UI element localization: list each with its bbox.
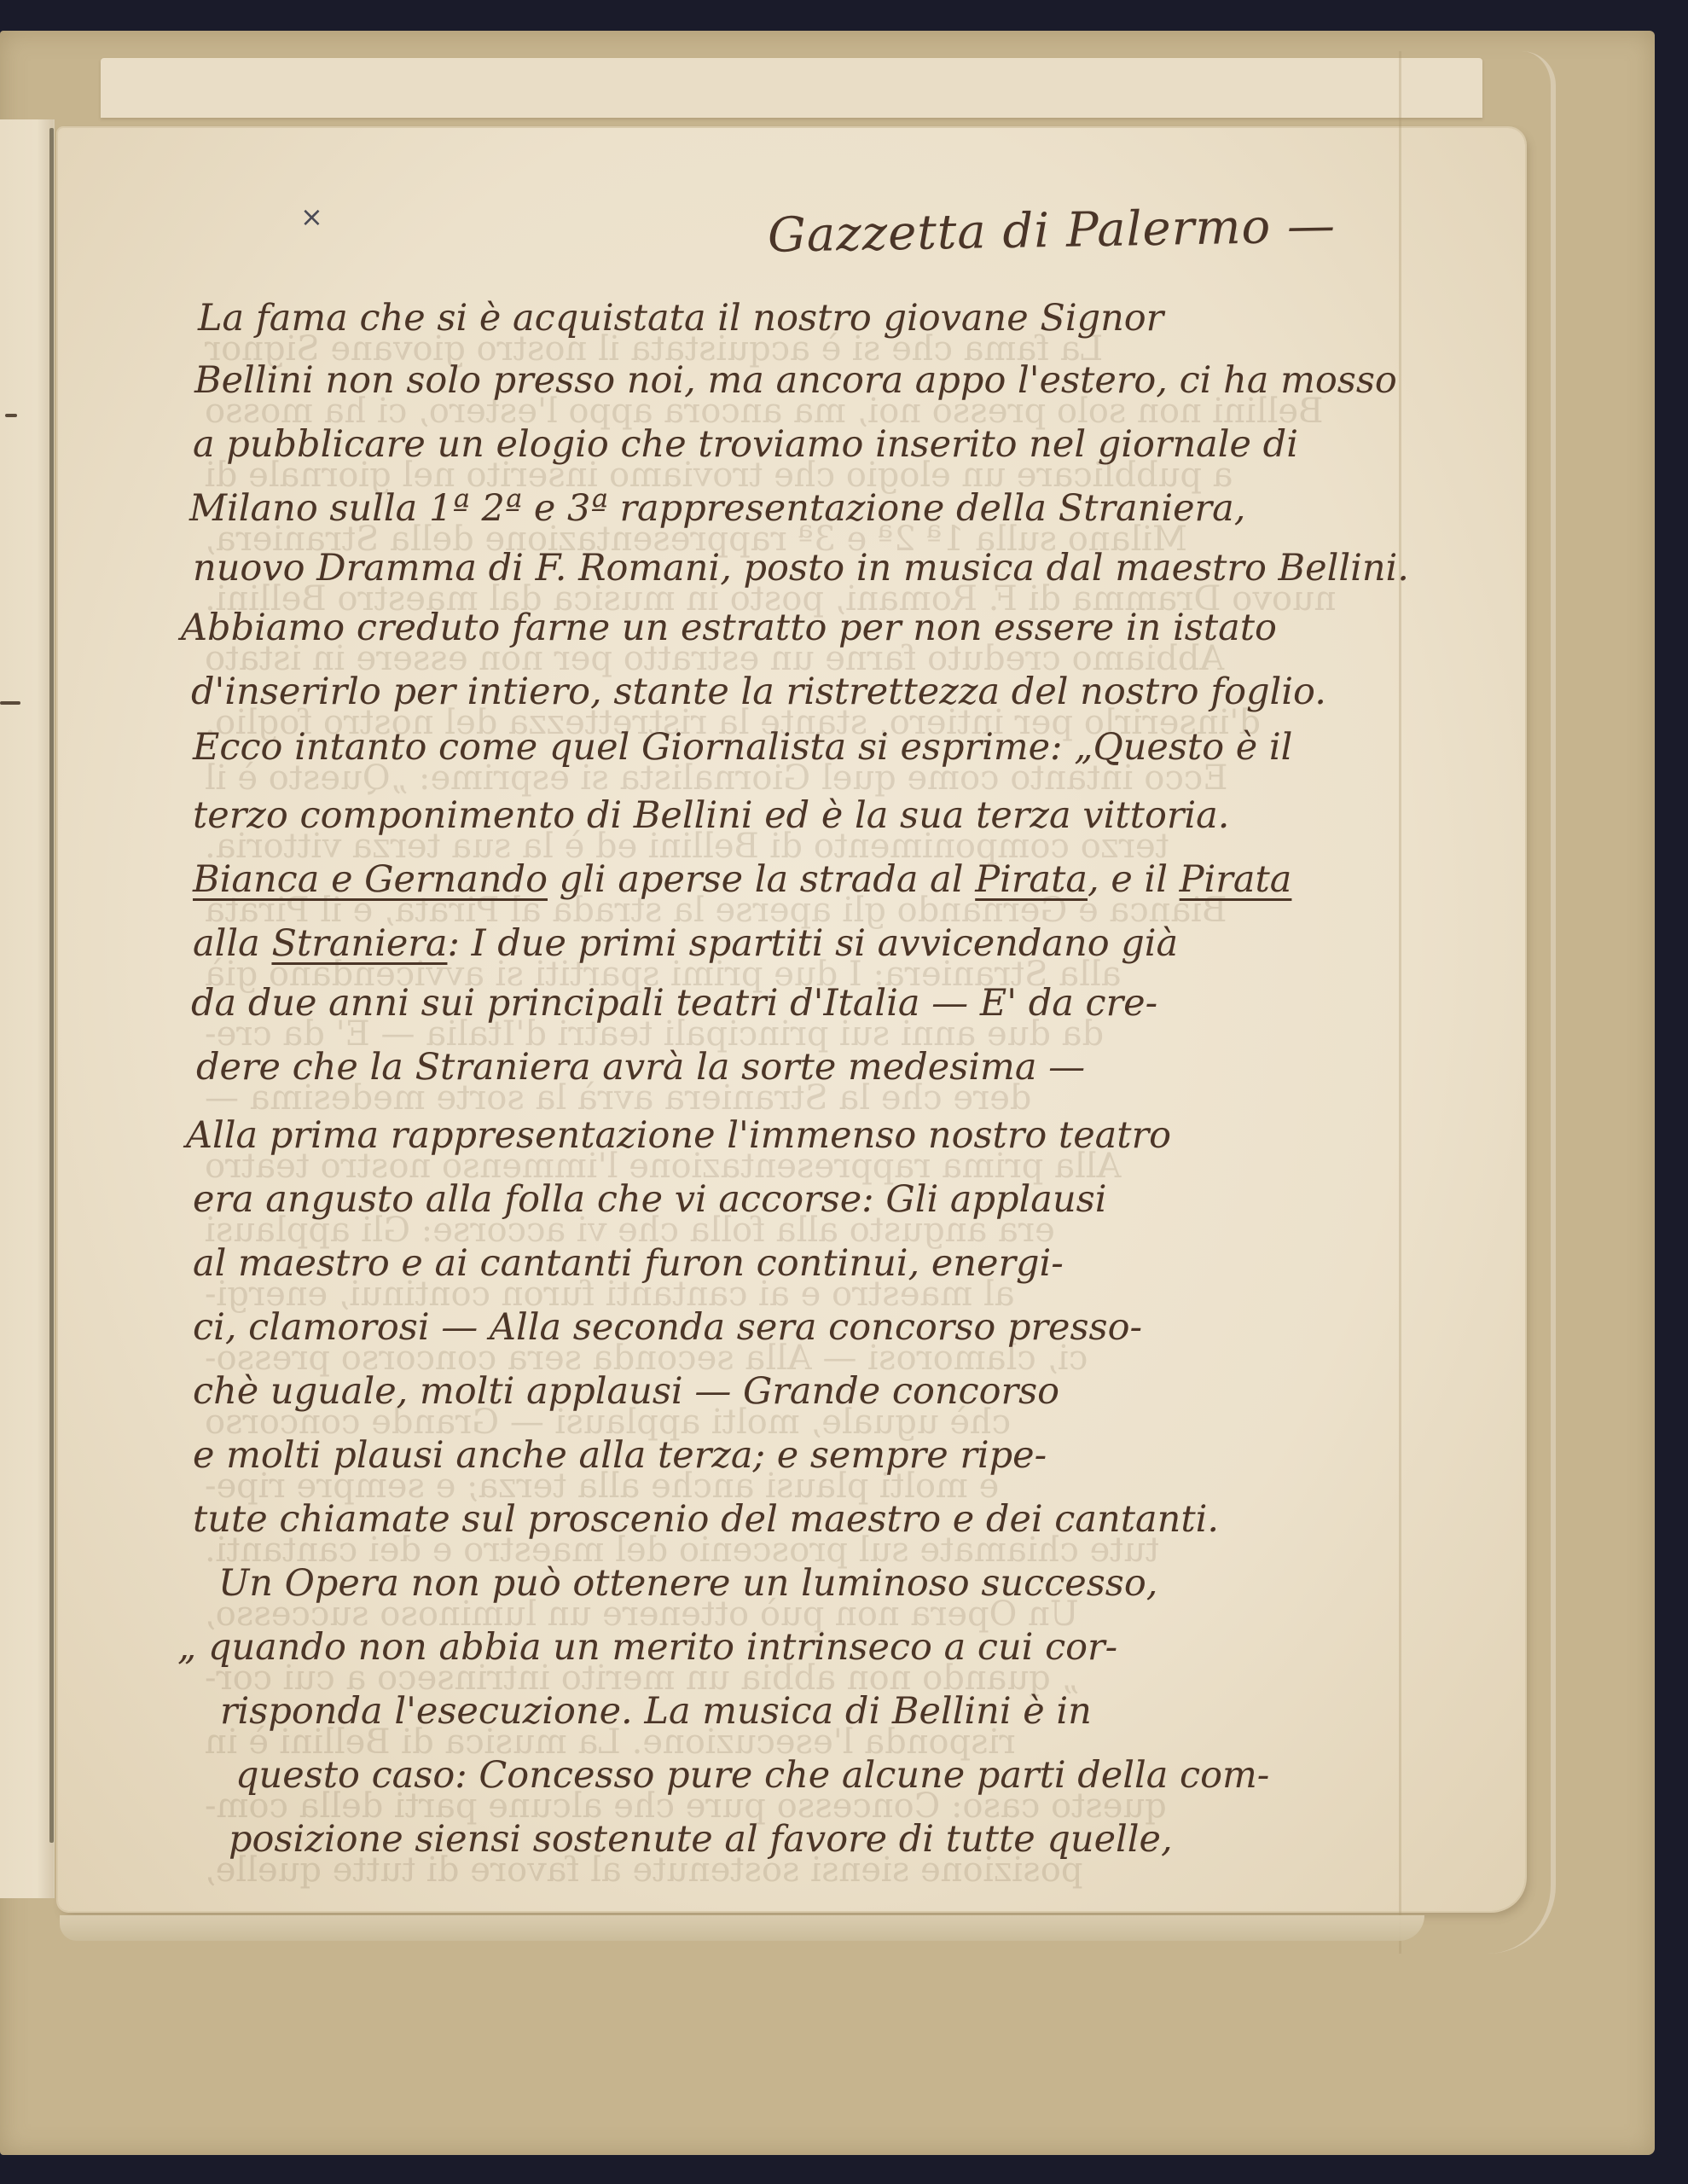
manuscript-line: Bianca e Gernando gli aperse la strada a… — [193, 862, 1291, 898]
leaf-torn-edge-bottom — [60, 1915, 1424, 1941]
underlined-title: Straniera — [271, 922, 447, 965]
document-title: Gazzetta di Palermo — — [767, 198, 1336, 264]
manuscript-line: ci, clamorosi — Alla seconda sera concor… — [193, 1310, 1142, 1346]
manuscript-line: Un Opera non può ottenere un luminoso su… — [218, 1565, 1157, 1602]
manuscript-line: risponda l'esecuzione. La musica di Bell… — [220, 1693, 1092, 1730]
manuscript-line: Bellini non solo presso noi, ma ancora a… — [194, 363, 1397, 399]
folded-paper-layer — [101, 58, 1482, 118]
manuscript-line: questo caso: Concesso pure che alcune pa… — [235, 1757, 1269, 1794]
manuscript-line: posizione siensi sostenute al favore di … — [229, 1821, 1173, 1858]
manuscript-line: e molti plausi anche alla terza; e sempr… — [193, 1438, 1047, 1474]
ink-mark — [0, 701, 20, 705]
manuscript-line: Milano sulla 1ª 2ª e 3ª rappresentazione… — [189, 491, 1245, 527]
manuscript-line: tute chiamate sul proscenio del maestro … — [193, 1501, 1219, 1538]
binding-gutter — [49, 128, 54, 1843]
pencil-cross-mark: × — [300, 200, 323, 233]
manuscript-line: era angusto alla folla che vi accorse: G… — [193, 1182, 1106, 1218]
facing-page-edge — [0, 119, 55, 1898]
manuscript-line: da due anni sui principali teatri d'Ital… — [191, 985, 1157, 1022]
manuscript-line: chè uguale, molti applausi — Grande conc… — [193, 1374, 1059, 1410]
manuscript-line: La fama che si è acquistata il nostro gi… — [198, 300, 1163, 337]
manuscript-line: dere che la Straniera avrà la sorte mede… — [196, 1049, 1085, 1086]
manuscript-line: Abbiamo creduto farne un estratto per no… — [181, 610, 1277, 647]
manuscript-line: „ quando non abbia un merito intrinseco … — [177, 1629, 1117, 1666]
manuscript-line: Ecco intanto come quel Giornalista si es… — [193, 729, 1292, 766]
manuscript-line: d'inserirlo per intiero, stante la ristr… — [191, 674, 1326, 711]
ink-mark — [5, 414, 17, 417]
manuscript-line: terzo componimento di Bellini ed è la su… — [193, 798, 1229, 834]
manuscript-line: alla Straniera: I due primi spartiti si … — [193, 926, 1178, 962]
underlined-title: Pirata — [975, 858, 1088, 901]
manuscript-line: a pubblicare un elogio che troviamo inse… — [193, 427, 1298, 463]
underlined-title: Pirata — [1180, 858, 1292, 901]
manuscript-line: al maestro e ai cantanti furon continui,… — [193, 1246, 1064, 1282]
manuscript-line: Alla prima rappresentazione l'immenso no… — [186, 1118, 1171, 1154]
manuscript-line: nuovo Dramma di F. Romani, posto in musi… — [193, 550, 1409, 587]
leaf-torn-edge-right — [1399, 51, 1556, 1954]
underlined-title: Bianca e Gernando — [193, 858, 548, 901]
